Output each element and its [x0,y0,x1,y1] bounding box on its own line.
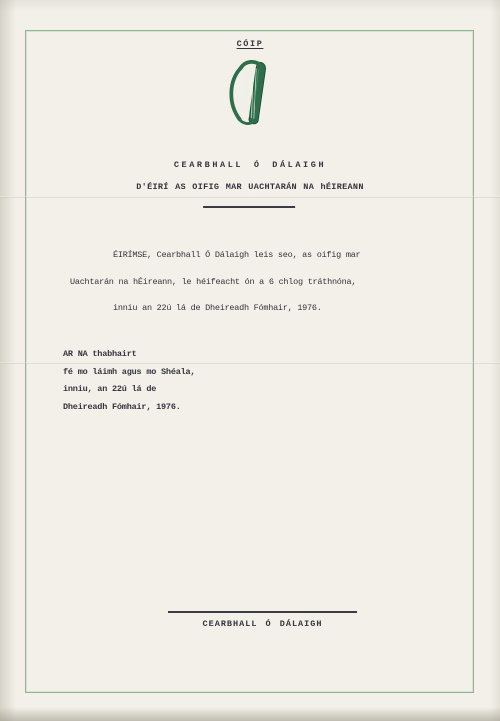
signature-block: CEARBHALL Ó DÁLAIGH [168,611,357,629]
body-line: ÉIRÍMSE, Cearbhall Ó Dálaigh leis seo, a… [70,242,445,269]
heading-separator-rule [203,206,295,208]
scanned-document: CÓIP CEARBHALL Ó DÁLAIGH D [0,0,500,721]
attestation-line: inniu, an 22ú lá de [63,381,195,399]
signature-name: CEARBHALL Ó DÁLAIGH [168,619,357,629]
body-line: Uachtarán na hÉireann, le héifeacht ón a… [70,269,445,296]
signature-rule [168,611,357,613]
document-heading: CEARBHALL Ó DÁLAIGH D'ÉIRÍ AS OIFIG MAR … [0,160,500,192]
attestation-line: fé mo láimh agus mo Shéala, [63,364,195,382]
irish-harp-icon [0,57,500,134]
heading-name: CEARBHALL Ó DÁLAIGH [0,160,500,170]
attestation-line: Dheireadh Fómhair, 1976. [63,399,195,417]
heading-subtitle: D'ÉIRÍ AS OIFIG MAR UACHTARÁN NA hÉIREAN… [0,182,500,192]
copy-label: CÓIP [0,39,500,49]
attestation-line: AR NA thabhairt [63,346,195,364]
body-paragraph: ÉIRÍMSE, Cearbhall Ó Dálaigh leis seo, a… [70,242,445,322]
body-line: inniu an 22ú lá de Dheireadh Fómhair, 19… [70,295,445,322]
attestation-block: AR NA thabhairt fé mo láimh agus mo Shéa… [63,346,195,416]
fold-crease-top [0,196,500,198]
